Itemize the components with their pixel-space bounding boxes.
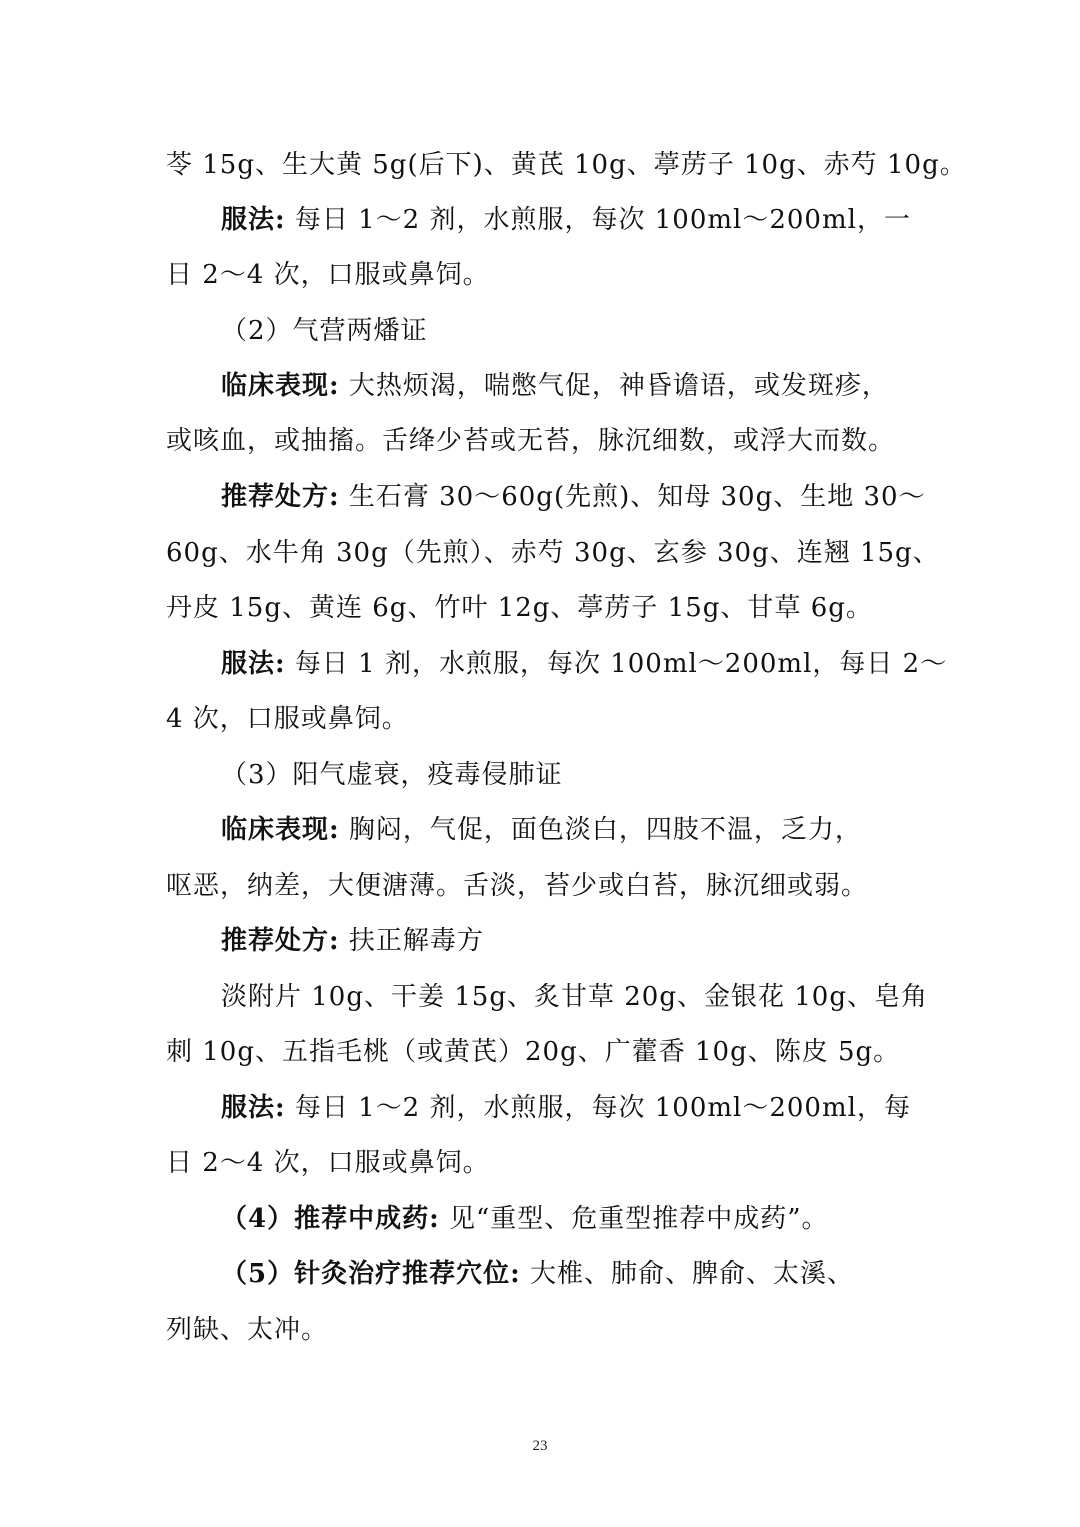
text-line: 刺 10g、五指毛桃（或黄芪）20g、广藿香 10g、陈皮 5g。 xyxy=(166,1037,916,1067)
text-line: 淡附片 10g、干姜 15g、炙甘草 20g、金银花 10g、皂角 xyxy=(221,982,971,1012)
section-label: （5）针灸治疗推荐穴位: xyxy=(221,1259,521,1289)
section-label: 服法: xyxy=(221,649,286,679)
text-line: 日 2～4 次，口服或鼻饲。 xyxy=(166,1148,916,1178)
text-line: 日 2～4 次，口服或鼻饲。 xyxy=(166,260,916,290)
text-line: 4 次，口服或鼻饲。 xyxy=(166,704,916,734)
text-line: 列缺、太冲。 xyxy=(166,1315,916,1345)
text-line: 服法: 每日 1～2 剂，水煎服，每次 100ml～200ml，每 xyxy=(221,1093,971,1123)
text-line: （5）针灸治疗推荐穴位: 大椎、肺俞、脾俞、太溪、 xyxy=(221,1259,971,1289)
section-label: （4）推荐中成药: xyxy=(221,1204,440,1234)
text-line: 临床表现: 大热烦渴，喘憋气促，神昏谵语，或发斑疹， xyxy=(221,371,971,401)
text-line: （4）推荐中成药: 见“重型、危重型推荐中成药”。 xyxy=(221,1204,971,1234)
section-label: 服法: xyxy=(221,1093,286,1123)
text-line: 丹皮 15g、黄连 6g、竹叶 12g、葶苈子 15g、甘草 6g。 xyxy=(166,593,916,623)
section-label: 临床表现: xyxy=(221,371,340,401)
text-line: 或咳血，或抽搐。舌绛少苔或无苔，脉沉细数，或浮大而数。 xyxy=(166,426,916,456)
text-line: 苓 15g、生大黄 5g(后下)、黄芪 10g、葶苈子 10g、赤芍 10g。 xyxy=(166,150,916,180)
section-label: 服法: xyxy=(221,205,286,235)
text-line: 临床表现: 胸闷，气促，面色淡白，四肢不温，乏力， xyxy=(221,815,971,845)
text-line: 推荐处方: 扶正解毒方 xyxy=(221,926,971,956)
text-line: 服法: 每日 1～2 剂，水煎服，每次 100ml～200ml，一 xyxy=(221,205,971,235)
text-line: 呕恶，纳差，大便溏薄。舌淡，苔少或白苔，脉沉细或弱。 xyxy=(166,871,916,901)
section-heading: （2）气营两燔证 xyxy=(221,316,971,346)
text-line: 推荐处方: 生石膏 30～60g(先煎)、知母 30g、生地 30～ xyxy=(221,482,971,512)
page-number: 23 xyxy=(0,1438,1080,1455)
section-label: 推荐处方: xyxy=(221,482,340,512)
text-line: 60g、水牛角 30g（先煎）、赤芍 30g、玄参 30g、连翘 15g、 xyxy=(166,538,916,568)
section-label: 临床表现: xyxy=(221,815,340,845)
section-label: 推荐处方: xyxy=(221,926,340,956)
section-heading: （3）阳气虚衰，疫毒侵肺证 xyxy=(221,760,971,790)
text-line: 服法: 每日 1 剂，水煎服，每次 100ml～200ml，每日 2～ xyxy=(221,649,971,679)
